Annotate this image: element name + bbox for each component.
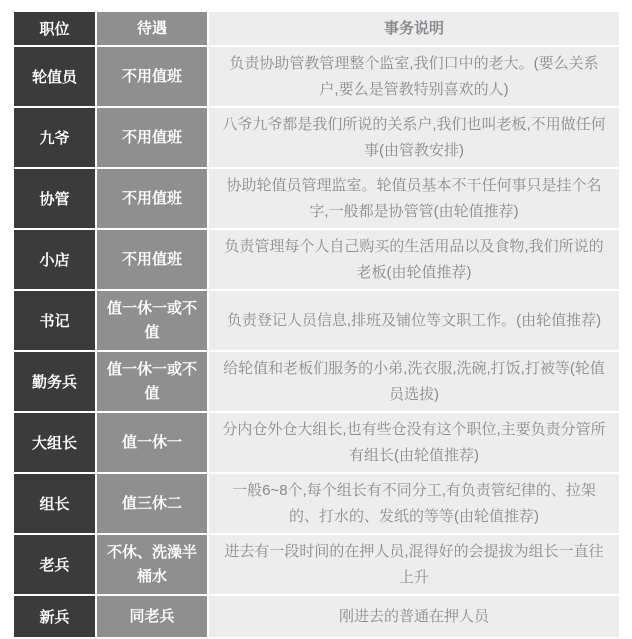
position-cell: 轮值员 bbox=[14, 47, 95, 106]
description-cell: 负责协助管教管理整个监室,我们口中的老大。(要么关系户,要么是管教特别喜欢的人) bbox=[209, 47, 619, 106]
table-row: 老兵 不休、洗澡半桶水 进去有一段时间的在押人员,混得好的会提拔为组长一直往上升 bbox=[14, 535, 619, 594]
description-cell: 给轮值和老板们服务的小弟,洗衣服,洗碗,打饭,打被等(轮值员选拔) bbox=[209, 352, 619, 411]
treatment-cell: 不休、洗澡半桶水 bbox=[97, 535, 207, 594]
treatment-cell: 值一休一或不值 bbox=[97, 291, 207, 350]
column-header-description: 事务说明 bbox=[209, 12, 619, 45]
treatment-cell: 值三休二 bbox=[97, 474, 207, 533]
roles-table: 职位 待遇 事务说明 轮值员 不用值班 负责协助管教管理整个监室,我们口中的老大… bbox=[12, 10, 621, 639]
table-row: 大组长 值一休一 分内仓外仓大组长,也有些仓没有这个职位,主要负责分管所有组长(… bbox=[14, 413, 619, 472]
position-cell: 大组长 bbox=[14, 413, 95, 472]
treatment-cell: 不用值班 bbox=[97, 47, 207, 106]
treatment-cell: 不用值班 bbox=[97, 230, 207, 289]
position-cell: 小店 bbox=[14, 230, 95, 289]
table-header-row: 职位 待遇 事务说明 bbox=[14, 12, 619, 45]
table-row: 组长 值三休二 一般6~8个,每个组长有不同分工,有负责管纪律的、拉架的、打水的… bbox=[14, 474, 619, 533]
table-row: 新兵 同老兵 刚进去的普通在押人员 bbox=[14, 596, 619, 637]
position-cell: 勤务兵 bbox=[14, 352, 95, 411]
description-cell: 协助轮值员管理监室。轮值员基本不干任何事只是挂个名字,一般都是协管管(由轮值推荐… bbox=[209, 169, 619, 228]
table-row: 勤务兵 值一休一或不值 给轮值和老板们服务的小弟,洗衣服,洗碗,打饭,打被等(轮… bbox=[14, 352, 619, 411]
roles-table-container: 职位 待遇 事务说明 轮值员 不用值班 负责协助管教管理整个监室,我们口中的老大… bbox=[12, 10, 621, 639]
description-cell: 进去有一段时间的在押人员,混得好的会提拔为组长一直往上升 bbox=[209, 535, 619, 594]
position-cell: 老兵 bbox=[14, 535, 95, 594]
treatment-cell: 值一休一或不值 bbox=[97, 352, 207, 411]
treatment-cell: 不用值班 bbox=[97, 169, 207, 228]
table-row: 九爷 不用值班 八爷九爷都是我们所说的关系户,我们也叫老板,不用做任何事(由管教… bbox=[14, 108, 619, 167]
column-header-treatment: 待遇 bbox=[97, 12, 207, 45]
treatment-cell: 值一休一 bbox=[97, 413, 207, 472]
description-cell: 刚进去的普通在押人员 bbox=[209, 596, 619, 637]
treatment-cell: 不用值班 bbox=[97, 108, 207, 167]
position-cell: 组长 bbox=[14, 474, 95, 533]
description-cell: 八爷九爷都是我们所说的关系户,我们也叫老板,不用做任何事(由管教安排) bbox=[209, 108, 619, 167]
table-row: 小店 不用值班 负责管理每个人自己购买的生活用品以及食物,我们所说的老板(由轮值… bbox=[14, 230, 619, 289]
description-cell: 分内仓外仓大组长,也有些仓没有这个职位,主要负责分管所有组长(由轮值推荐) bbox=[209, 413, 619, 472]
column-header-position: 职位 bbox=[14, 12, 95, 45]
position-cell: 九爷 bbox=[14, 108, 95, 167]
description-cell: 一般6~8个,每个组长有不同分工,有负责管纪律的、拉架的、打水的、发纸的等等(由… bbox=[209, 474, 619, 533]
description-cell: 负责登记人员信息,排班及铺位等文职工作。(由轮值推荐) bbox=[209, 291, 619, 350]
position-cell: 书记 bbox=[14, 291, 95, 350]
description-cell: 负责管理每个人自己购买的生活用品以及食物,我们所说的老板(由轮值推荐) bbox=[209, 230, 619, 289]
treatment-cell: 同老兵 bbox=[97, 596, 207, 637]
table-row: 书记 值一休一或不值 负责登记人员信息,排班及铺位等文职工作。(由轮值推荐) bbox=[14, 291, 619, 350]
position-cell: 协管 bbox=[14, 169, 95, 228]
table-row: 协管 不用值班 协助轮值员管理监室。轮值员基本不干任何事只是挂个名字,一般都是协… bbox=[14, 169, 619, 228]
position-cell: 新兵 bbox=[14, 596, 95, 637]
table-row: 轮值员 不用值班 负责协助管教管理整个监室,我们口中的老大。(要么关系户,要么是… bbox=[14, 47, 619, 106]
